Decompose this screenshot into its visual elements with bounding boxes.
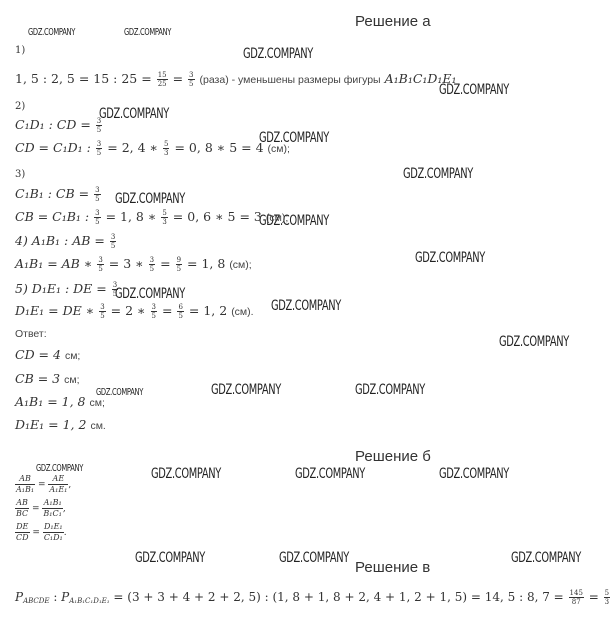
watermark: GDZ.COMPANY xyxy=(135,550,205,566)
perimeter-ratio: PABCDE : PA₁B₁C₁D₁E₁ = (3 + 3 + 4 + 2 + … xyxy=(15,589,616,606)
watermark: GDZ.COMPANY xyxy=(279,550,349,566)
step-label: 2) xyxy=(15,101,25,112)
step-label: 1) xyxy=(15,45,25,56)
watermark: GDZ.COMPANY xyxy=(28,27,75,38)
watermark: GDZ.COMPANY xyxy=(499,334,569,350)
watermark: GDZ.COMPANY xyxy=(355,382,425,398)
watermark: GDZ.COMPANY xyxy=(151,466,221,482)
answer-label: Ответ: xyxy=(15,328,47,340)
answer-item: D₁E₁ = 1, 2 см. xyxy=(15,417,106,432)
step5-line2: D₁E₁ = DE ∗ 35 = 2 ∗ 35 = 65 = 1, 2 (см)… xyxy=(15,303,254,320)
watermark: GDZ.COMPANY xyxy=(439,466,509,482)
watermark: GDZ.COMPANY xyxy=(271,298,341,314)
step3-line1: C₁B₁ : CB = 35 xyxy=(15,186,102,203)
step5-line1: 5) D₁E₁ : DE = 35 xyxy=(15,281,119,298)
step4-line2: A₁B₁ = AB ∗ 35 = 3 ∗ 35 = 95 = 1, 8 (см)… xyxy=(15,256,252,273)
step-label: 3) xyxy=(15,169,25,180)
step4-line1: 4) A₁B₁ : AB = 35 xyxy=(15,233,117,250)
watermark: GDZ.COMPANY xyxy=(36,463,83,474)
watermark: GDZ.COMPANY xyxy=(511,550,581,566)
step2-line1: C₁D₁ : CD = 35 xyxy=(15,117,103,134)
proportion-row: DECD = D₁E₁C₁D₁. xyxy=(15,522,67,543)
watermark: GDZ.COMPANY xyxy=(415,250,485,266)
answer-item: CB = 3 см; xyxy=(15,371,80,386)
proportion-row: ABBC = A₁B₁B₁C₁, xyxy=(15,498,66,519)
watermark: GDZ.COMPANY xyxy=(211,382,281,398)
step2-line2: CD = C₁D₁ : 35 = 2, 4 ∗ 53 = 0, 8 ∗ 5 = … xyxy=(15,140,290,157)
watermark: GDZ.COMPANY xyxy=(403,166,473,182)
watermark: GDZ.COMPANY xyxy=(124,27,171,38)
watermark: GDZ.COMPANY xyxy=(243,46,313,62)
answer-item: CD = 4 см; xyxy=(15,347,80,362)
heading-solution-a: Решение а xyxy=(355,13,431,30)
watermark: GDZ.COMPANY xyxy=(115,286,185,302)
answer-item: A₁B₁ = 1, 8 см; xyxy=(15,394,105,409)
proportion-row: ABA₁B₁ = AEA₁E₁, xyxy=(15,474,71,495)
watermark: GDZ.COMPANY xyxy=(115,191,185,207)
watermark: GDZ.COMPANY xyxy=(295,466,365,482)
watermark: GDZ.COMPANY xyxy=(99,106,169,122)
heading-solution-b: Решение б xyxy=(355,448,431,465)
heading-solution-v: Решение в xyxy=(355,559,430,576)
step1-equation: 1, 5 : 2, 5 = 15 : 25 = 1525 = 35 (раза)… xyxy=(15,71,457,88)
step3-line2: CB = C₁B₁ : 35 = 1, 8 ∗ 53 = 0, 6 ∗ 5 = … xyxy=(15,209,288,226)
